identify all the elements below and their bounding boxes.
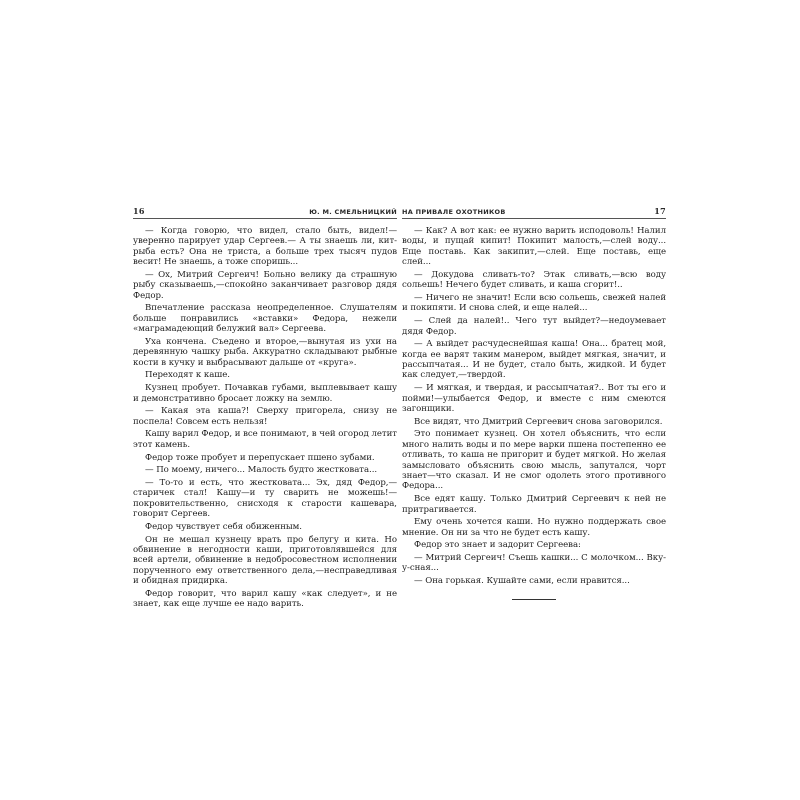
paragraph: Все видят, что Дмитрий Сергеевич снова з…: [402, 417, 666, 427]
page-number: 17: [654, 206, 666, 216]
paragraph: Уха кончена. Съедено и второе,—вынутая и…: [133, 337, 397, 368]
paragraph: Федор чувствует себя обиженным.: [133, 522, 397, 532]
paragraph: — Ох, Митрий Сергеич! Больно велику да с…: [133, 270, 397, 301]
paragraph: Переходят к каше.: [133, 370, 397, 380]
section-end-rule: [512, 599, 556, 600]
paragraph: Федор говорит, что варил кашу «как следу…: [133, 589, 397, 610]
paragraph: — Когда говорю, что видел, стало быть, в…: [133, 226, 397, 268]
header-rule: [402, 218, 666, 219]
paragraph: — Докудова сливать-то? Этак сливать,—всю…: [402, 270, 666, 291]
paragraph: Это понимает кузнец. Он хотел объяснить,…: [402, 429, 666, 491]
paragraph: Впечатление рассказа неопределенное. Слу…: [133, 303, 397, 334]
paragraph: Ему очень хочется каши. Но нужно поддерж…: [402, 517, 666, 538]
left-page: 16 Ю. М. СМЕЛЬНИЦКИЙ — Когда говорю, что…: [133, 205, 397, 612]
right-page: НА ПРИВАЛЕ ОХОТНИКОВ 17 — Как? А вот как…: [402, 205, 666, 600]
paragraph: — И мягкая, и твердая, и рассыпчатая?.. …: [402, 383, 666, 414]
paragraph: — Митрий Сергеич! Съешь кашки... С молоч…: [402, 553, 666, 574]
paragraph: Кузнец пробует. Почавкав губами, выплевы…: [133, 383, 397, 404]
page-text: — Когда говорю, что видел, стало быть, в…: [133, 226, 397, 610]
page-text: — Как? А вот как: ее нужно варить исподо…: [402, 226, 666, 587]
running-head-title: НА ПРИВАЛЕ ОХОТНИКОВ: [402, 208, 506, 216]
paragraph: — По моему, ничего... Малость будто жест…: [133, 465, 397, 475]
paragraph: Федор это знает и задорит Сергеева:: [402, 540, 666, 550]
paragraph: Кашу варил Федор, и все понимают, в чей …: [133, 429, 397, 450]
paragraph: — То-то и есть, что жестковата... Эх, дя…: [133, 478, 397, 520]
running-head-author: Ю. М. СМЕЛЬНИЦКИЙ: [309, 208, 397, 216]
paragraph: Федор тоже пробует и перепускает пшено з…: [133, 453, 397, 463]
paragraph: — Она горькая. Кушайте сами, если нравит…: [402, 576, 666, 586]
paragraph: Он не мешал кузнецу врать про белугу и к…: [133, 535, 397, 587]
page-number: 16: [133, 206, 145, 216]
paragraph: — А выйдет расчудеснейшая каша! Она... б…: [402, 339, 666, 381]
paragraph: Все едят кашу. Только Дмитрий Сергеевич …: [402, 494, 666, 515]
running-head: НА ПРИВАЛЕ ОХОТНИКОВ 17: [402, 205, 666, 216]
paragraph: — Ничего не значит! Если всю сольешь, св…: [402, 293, 666, 314]
paragraph: — Слей да налей!.. Чего тут выйдет?—недо…: [402, 316, 666, 337]
header-rule: [133, 218, 397, 219]
running-head: 16 Ю. М. СМЕЛЬНИЦКИЙ: [133, 205, 397, 216]
paragraph: — Какая эта каша?! Сверху пригорела, сни…: [133, 406, 397, 427]
paragraph: — Как? А вот как: ее нужно варить исподо…: [402, 226, 666, 268]
